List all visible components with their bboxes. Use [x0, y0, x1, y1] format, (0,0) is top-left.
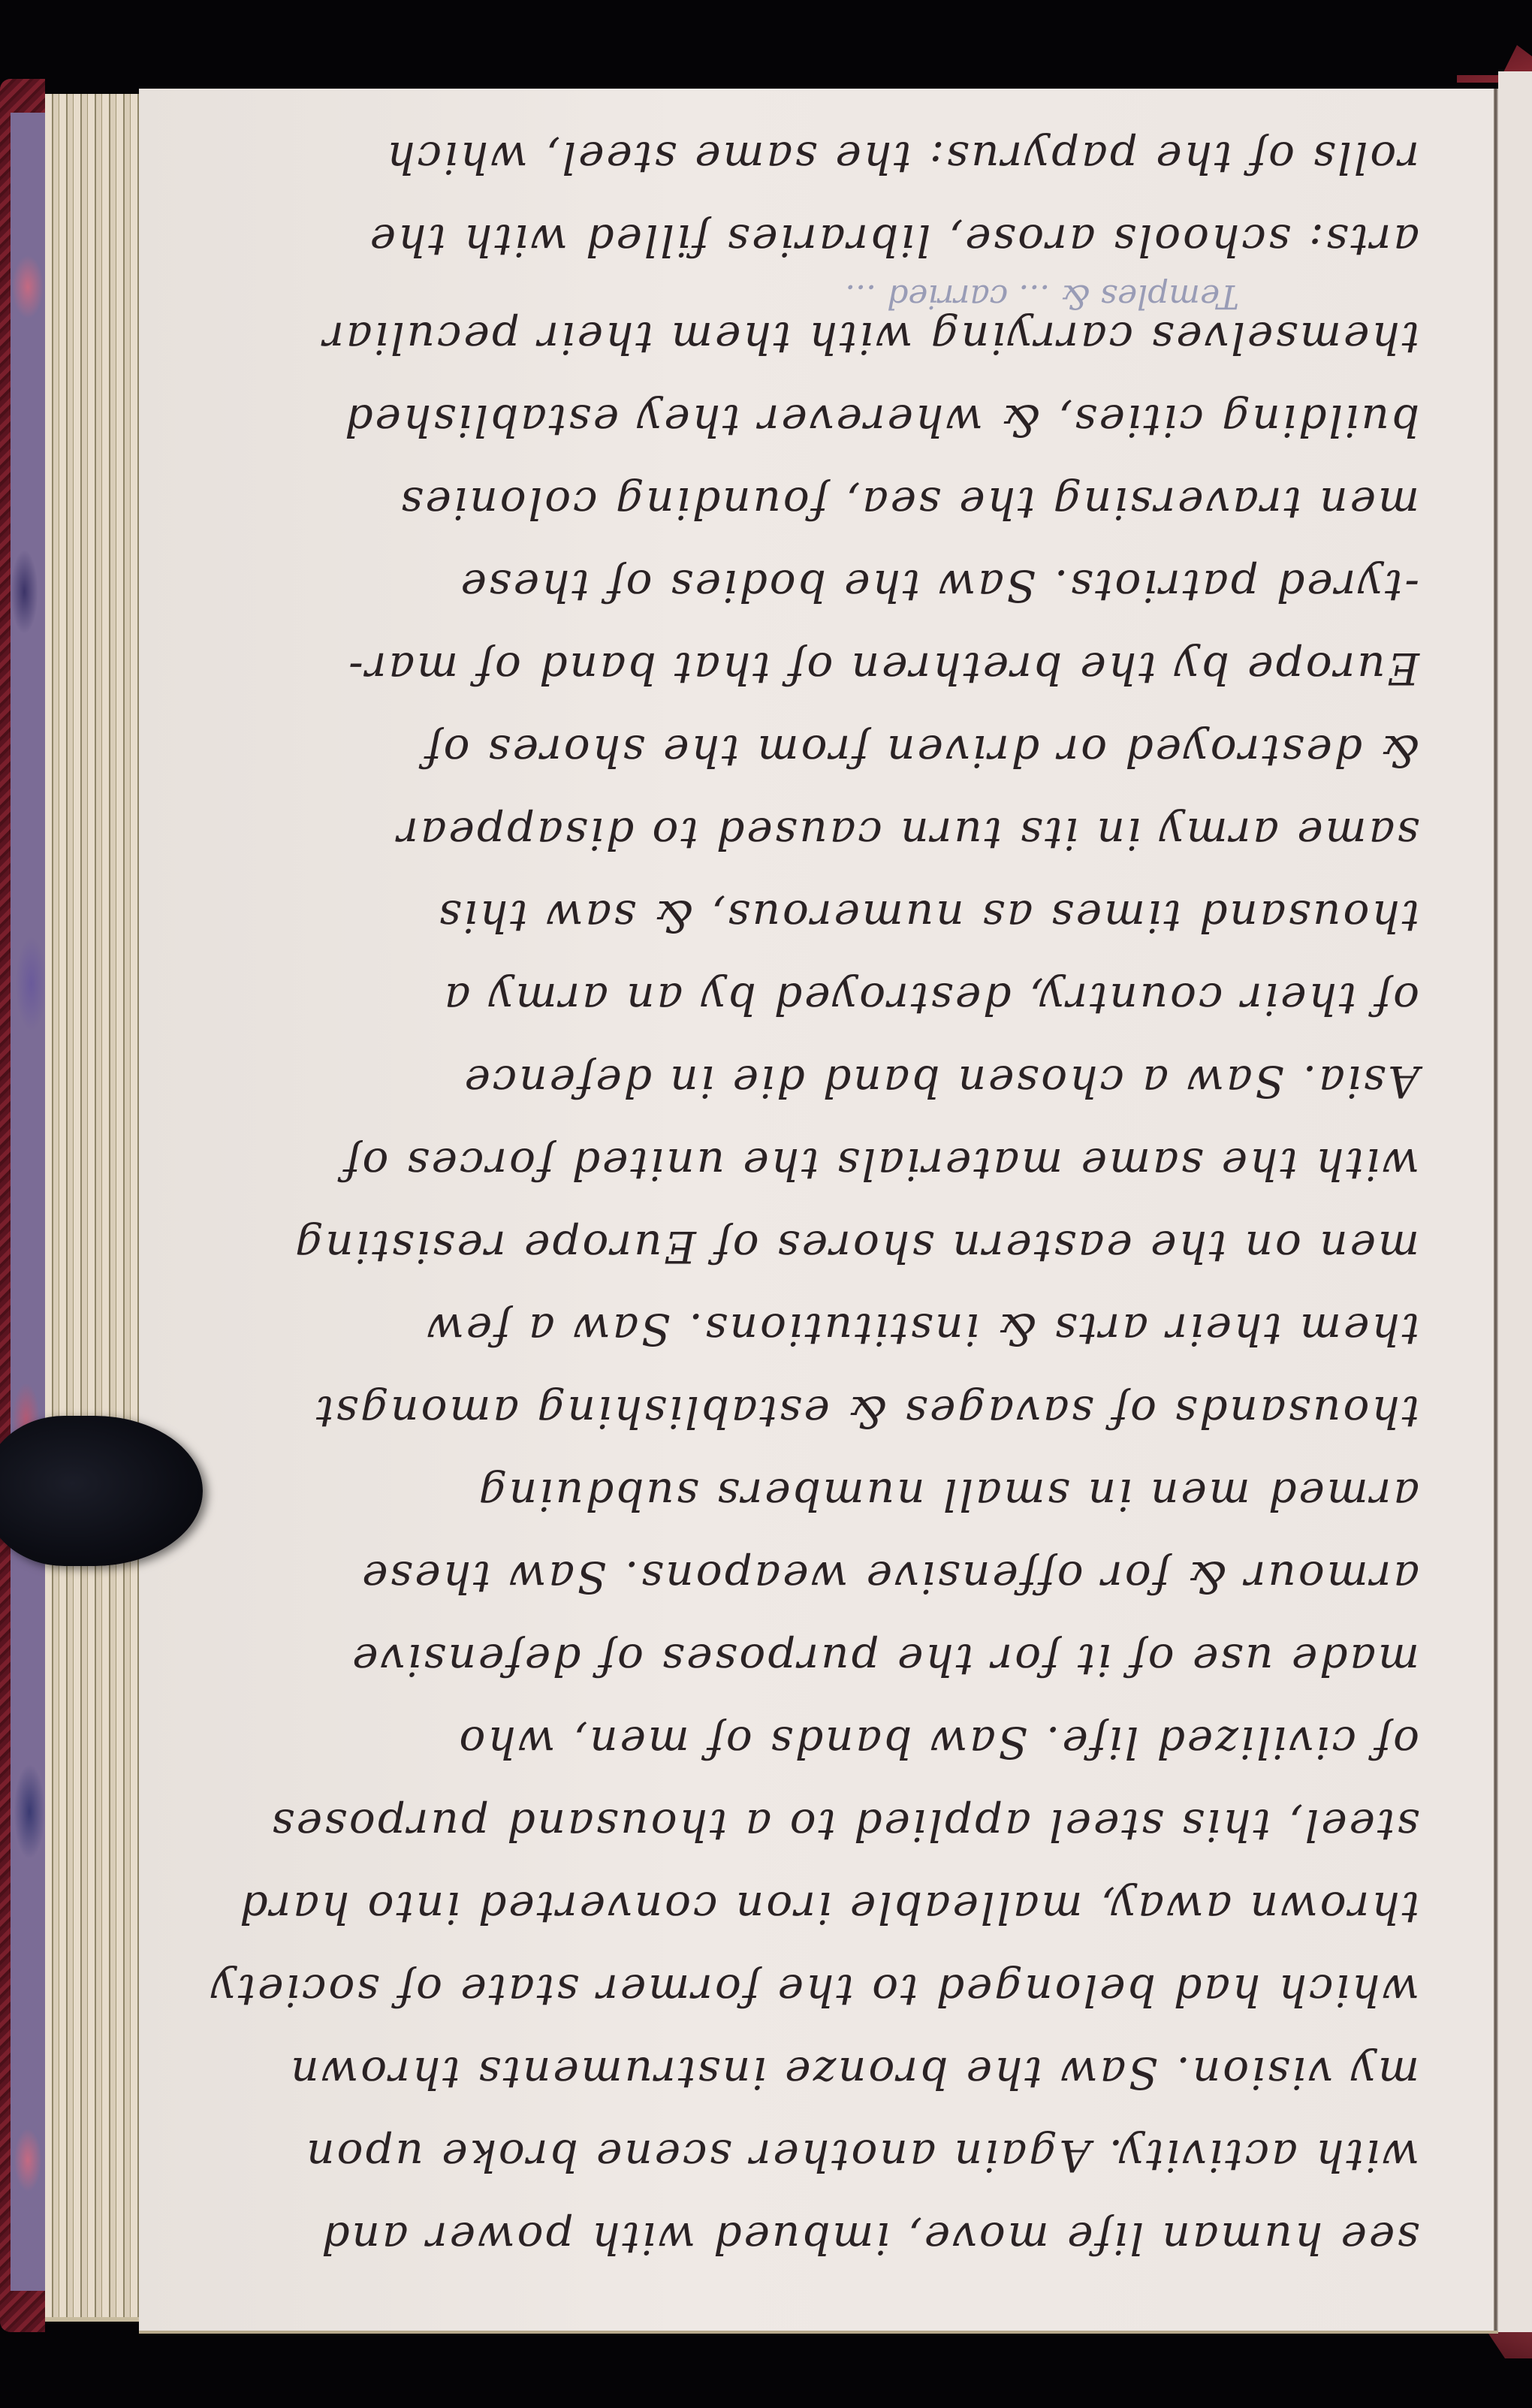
text-line: building cities, & wherever they establi…	[203, 383, 1419, 458]
text-line: see human life move, imbued with power a…	[203, 2201, 1419, 2276]
text-line: Europe by the brethren of that band of m…	[203, 631, 1419, 706]
pencil-annotation: Temples & ... carried ...	[845, 277, 1239, 315]
text-line: steel, this steel applied to a thousand …	[203, 1788, 1419, 1863]
text-line: men traversing the sea, founding colonie…	[203, 466, 1419, 541]
text-line: them their arts & institutions. Saw a fe…	[203, 1292, 1419, 1367]
text-line: thousand times as numerous, & saw this	[203, 879, 1419, 954]
gutter	[1494, 89, 1498, 2331]
facing-page-edge	[1498, 71, 1532, 2332]
text-line: same army in its turn caused to disappea…	[203, 796, 1419, 871]
text-line: thrown away, malleable iron converted in…	[203, 1870, 1419, 1945]
text-line: with the same materials the united force…	[203, 1127, 1419, 1202]
text-line: armour & for offensive weapons. Saw thes…	[203, 1540, 1419, 1615]
text-line: which had belonged to the former state o…	[203, 1953, 1419, 2028]
page-stack-edge	[45, 94, 139, 2322]
handwritten-text-block: see human life move, imbued with power a…	[173, 113, 1464, 2276]
text-line: arts: schools arose, libraries filled wi…	[203, 203, 1419, 278]
text-line: of their country, destroyed by an army a	[203, 961, 1419, 1037]
text-line: & destroyed or driven from the shores of	[203, 714, 1419, 789]
text-line: Asia. Saw a chosen band die in defence	[203, 1044, 1419, 1119]
text-line: thousands of savages & establishing amon…	[203, 1374, 1419, 1450]
text-line: -tyred patriots. Saw the bodies of these	[203, 548, 1419, 623]
text-line: armed men in small numbers subduing	[203, 1457, 1419, 1532]
text-line: my vision. Saw the bronze instruments th…	[203, 2035, 1419, 2111]
text-line: men on the eastern shores of Europe resi…	[203, 1209, 1419, 1284]
text-line: with activity. Again another scene broke…	[203, 2118, 1419, 2193]
text-line: of civilized life. Saw bands of men, who	[203, 1705, 1419, 1780]
text-line: rolls of the papyrus: the same steel, wh…	[203, 120, 1419, 195]
marbled-endpaper	[11, 113, 45, 2291]
text-line: made use of it for the purposes of defen…	[203, 1622, 1419, 1697]
